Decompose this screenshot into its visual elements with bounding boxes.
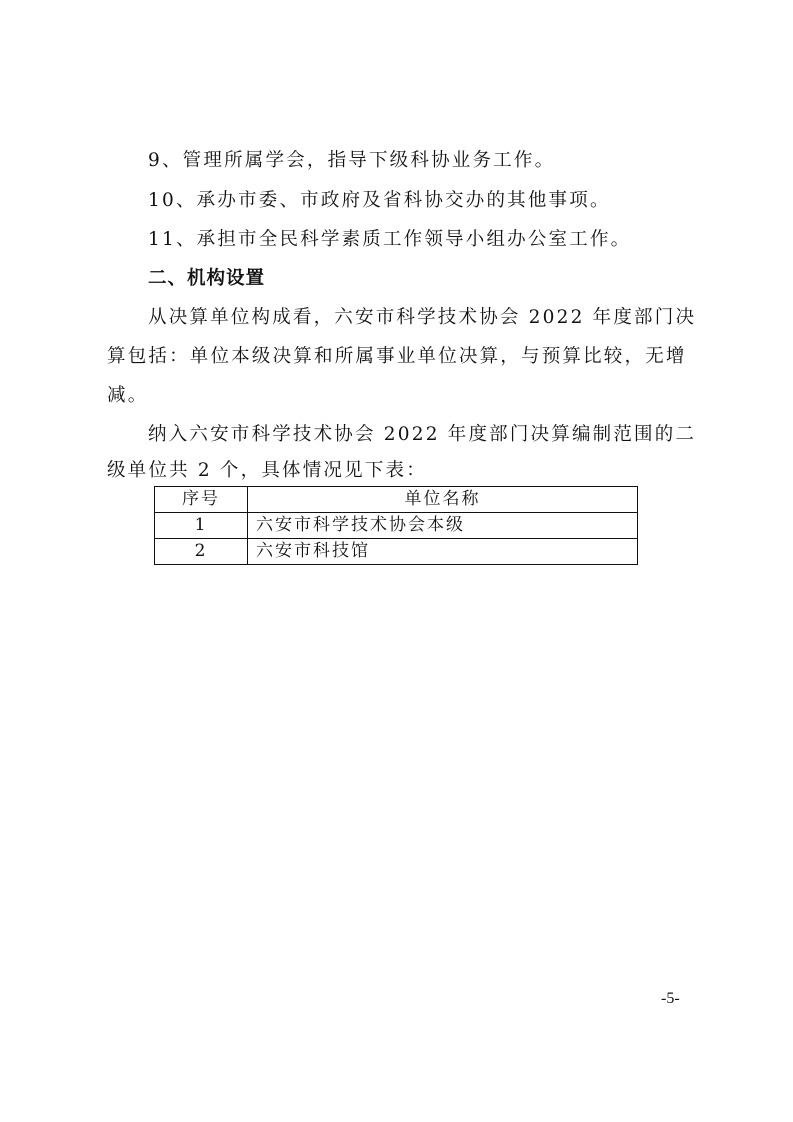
table-header-row: 序号 单位名称	[155, 487, 638, 513]
header-unit-name: 单位名称	[248, 487, 638, 513]
cell-unit-name: 六安市科学技术协会本级	[248, 513, 638, 539]
units-table: 序号 单位名称 1 六安市科学技术协会本级 2 六安市科技馆	[154, 486, 638, 565]
list-item-11: 11、承担市全民科学素质工作领导小组办公室工作。	[148, 229, 631, 251]
cell-index: 2	[155, 539, 248, 565]
section-heading: 二、机构设置	[148, 268, 265, 290]
header-index: 序号	[155, 487, 248, 513]
table-row: 1 六安市科学技术协会本级	[155, 513, 638, 539]
cell-index: 1	[155, 513, 248, 539]
table-row: 2 六安市科技馆	[155, 539, 638, 565]
paragraph-2-line-1: 纳入六安市科学技术协会 2022 年度部门决算编制范围的二	[148, 424, 696, 446]
cell-unit-name: 六安市科技馆	[248, 539, 638, 565]
list-item-10: 10、承办市委、市政府及省科协交办的其他事项。	[148, 190, 611, 212]
paragraph-1-line-3: 减。	[107, 385, 148, 407]
list-item-9: 9、管理所属学会，指导下级科协业务工作。	[148, 150, 555, 172]
paragraph-1-line-2: 算包括：单位本级决算和所属事业单位决算，与预算比较，无增	[107, 346, 687, 368]
paragraph-1-line-1: 从决算单位构成看，六安市科学技术协会 2022 年度部门决	[148, 307, 696, 329]
page-number: -5-	[661, 990, 680, 1008]
paragraph-2-line-2: 级单位共 2 个，具体情况见下表：	[107, 460, 427, 482]
